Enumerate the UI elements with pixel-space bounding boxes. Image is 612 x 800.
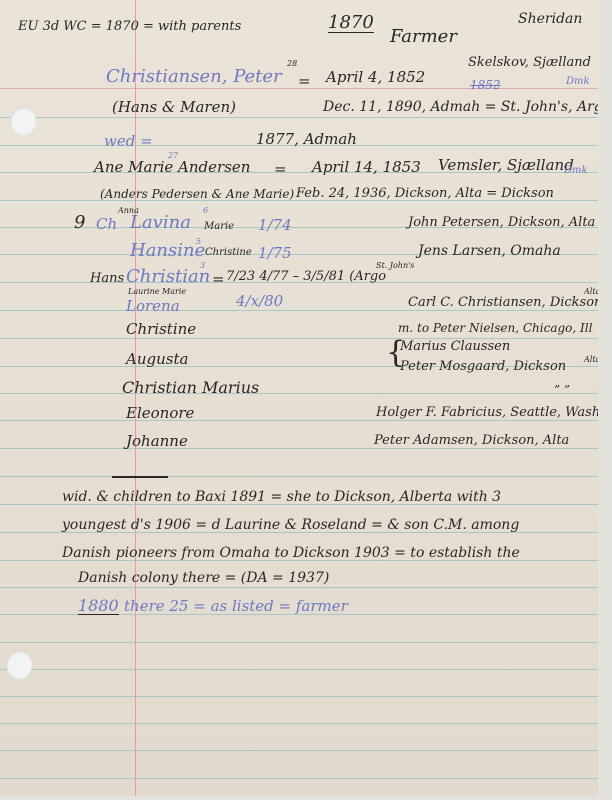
margin-line [135, 0, 136, 796]
source-note: EU 3d WC = 1870 = with parents [18, 20, 241, 33]
punch-hole [10, 107, 36, 135]
child-note: Marie [204, 222, 234, 232]
child-name: Lorena [126, 299, 180, 314]
narrative-line: wid. & children to Baxi 1891 = she to Di… [62, 490, 501, 504]
wife-birth: April 14, 1853 [312, 160, 421, 175]
child-date-note: St. John's [376, 262, 414, 270]
ruled-line [0, 448, 598, 449]
wife-birth-place: Vemsler, Sjælland [438, 158, 574, 173]
child-spouse: Carl C. Christiansen, Dickson [408, 296, 598, 309]
child-note: Laurine Marie [128, 288, 186, 296]
wife-age: 27 [168, 152, 178, 160]
child-spouse: m. to Peter Nielsen, Chicago, Ill [398, 322, 592, 334]
marriage-detail: 1877, Admah [256, 132, 357, 147]
narrative-line: Danish pioneers from Omaha to Dickson 19… [62, 546, 520, 560]
ruled-line [0, 310, 598, 311]
child-note: Christine [205, 248, 252, 258]
child-name: Eleonore [126, 406, 194, 421]
census-year: 1870 [328, 14, 374, 33]
child-name: Christian Marius [122, 380, 259, 396]
section-divider [112, 476, 168, 478]
child-date: 1/74 [258, 218, 292, 233]
child-spouse-note: Alta [584, 288, 598, 296]
punch-hole [6, 651, 32, 679]
ruled-line [0, 117, 598, 118]
child-age: 3 [200, 262, 205, 270]
child-age: 5 [196, 238, 201, 246]
wife-parents: (Anders Pedersen & Ane Marie) [100, 188, 294, 200]
child-spouse: Holger F. Fabricius, Seattle, Wash [376, 406, 598, 419]
child-date: 1/75 [258, 246, 292, 261]
ruled-line [0, 723, 598, 724]
equals-sign: = [212, 272, 225, 287]
child-name: Hansine [130, 242, 205, 260]
child-spouse-note: Alta [584, 356, 598, 364]
husband-parents: (Hans & Maren) [112, 100, 236, 115]
child-date: 4/x/80 [236, 294, 283, 309]
husband-death: Dec. 11, 1890, Admah = St. John's, Argo [323, 100, 598, 114]
narrative-line: youngest d's 1906 = d Laurine & Roseland… [62, 518, 519, 532]
child-spouse: Peter Adamsen, Dickson, Alta [374, 434, 569, 447]
occupation: Farmer [390, 28, 457, 46]
child-name: Christian [126, 268, 210, 286]
child-name: Lavina [130, 214, 191, 232]
child-date: 7/23 4/77 – 3/5/81 (Argo [226, 270, 386, 283]
struck-year: 1852 [470, 79, 501, 91]
child-name: Christine [126, 322, 196, 337]
children-count: 9 [74, 214, 85, 232]
county: Sheridan [518, 12, 582, 26]
footer-year: 1880 [78, 598, 119, 615]
child-name-prefix: Ch [96, 217, 117, 232]
child-spouse: Jens Larsen, Omaha [418, 244, 561, 258]
equals-sign: = [298, 74, 311, 89]
notebook-page: EU 3d WC = 1870 = with parents 1870 Farm… [0, 0, 598, 796]
ruled-line [0, 642, 598, 643]
wife-name: Ane Marie Andersen [94, 160, 250, 175]
child-spouse-second: Peter Mosgaard, Dickson [400, 360, 566, 373]
child-name: Augusta [126, 352, 188, 367]
ruled-line [0, 750, 598, 751]
footer-text: there 25 = as listed = farmer [124, 599, 348, 614]
husband-age: 28 [287, 60, 297, 68]
ruled-line [0, 778, 598, 779]
ruled-line [0, 393, 598, 394]
ruled-line [0, 669, 598, 670]
husband-birth-place: Skelskov, Sjælland [468, 56, 591, 69]
child-spouse: Marius Claussen [400, 340, 510, 353]
marriage-label: wed = [104, 134, 153, 149]
husband-birth-place-note: Dmk [566, 77, 590, 87]
husband-name: Christiansen, Peter [106, 68, 282, 86]
narrative-line: Danish colony there = (DA = 1937) [78, 571, 329, 585]
wife-death: Feb. 24, 1936, Dickson, Alta = Dickson [296, 187, 554, 200]
ruled-line [0, 476, 598, 477]
wife-birth-place-note: Dmk [564, 166, 588, 176]
child-name: Johanne [126, 434, 188, 449]
child-spouse: ” ” [554, 384, 570, 396]
ruled-line [0, 696, 598, 697]
husband-birth: April 4, 1852 [326, 70, 425, 85]
child-age: 6 [203, 207, 208, 215]
child-spouse: John Petersen, Dickson, Alta [408, 216, 595, 229]
child-prefix: Hans [90, 272, 124, 285]
equals-sign: = [274, 162, 287, 177]
ruled-line [0, 420, 598, 421]
ruled-line [0, 587, 598, 588]
